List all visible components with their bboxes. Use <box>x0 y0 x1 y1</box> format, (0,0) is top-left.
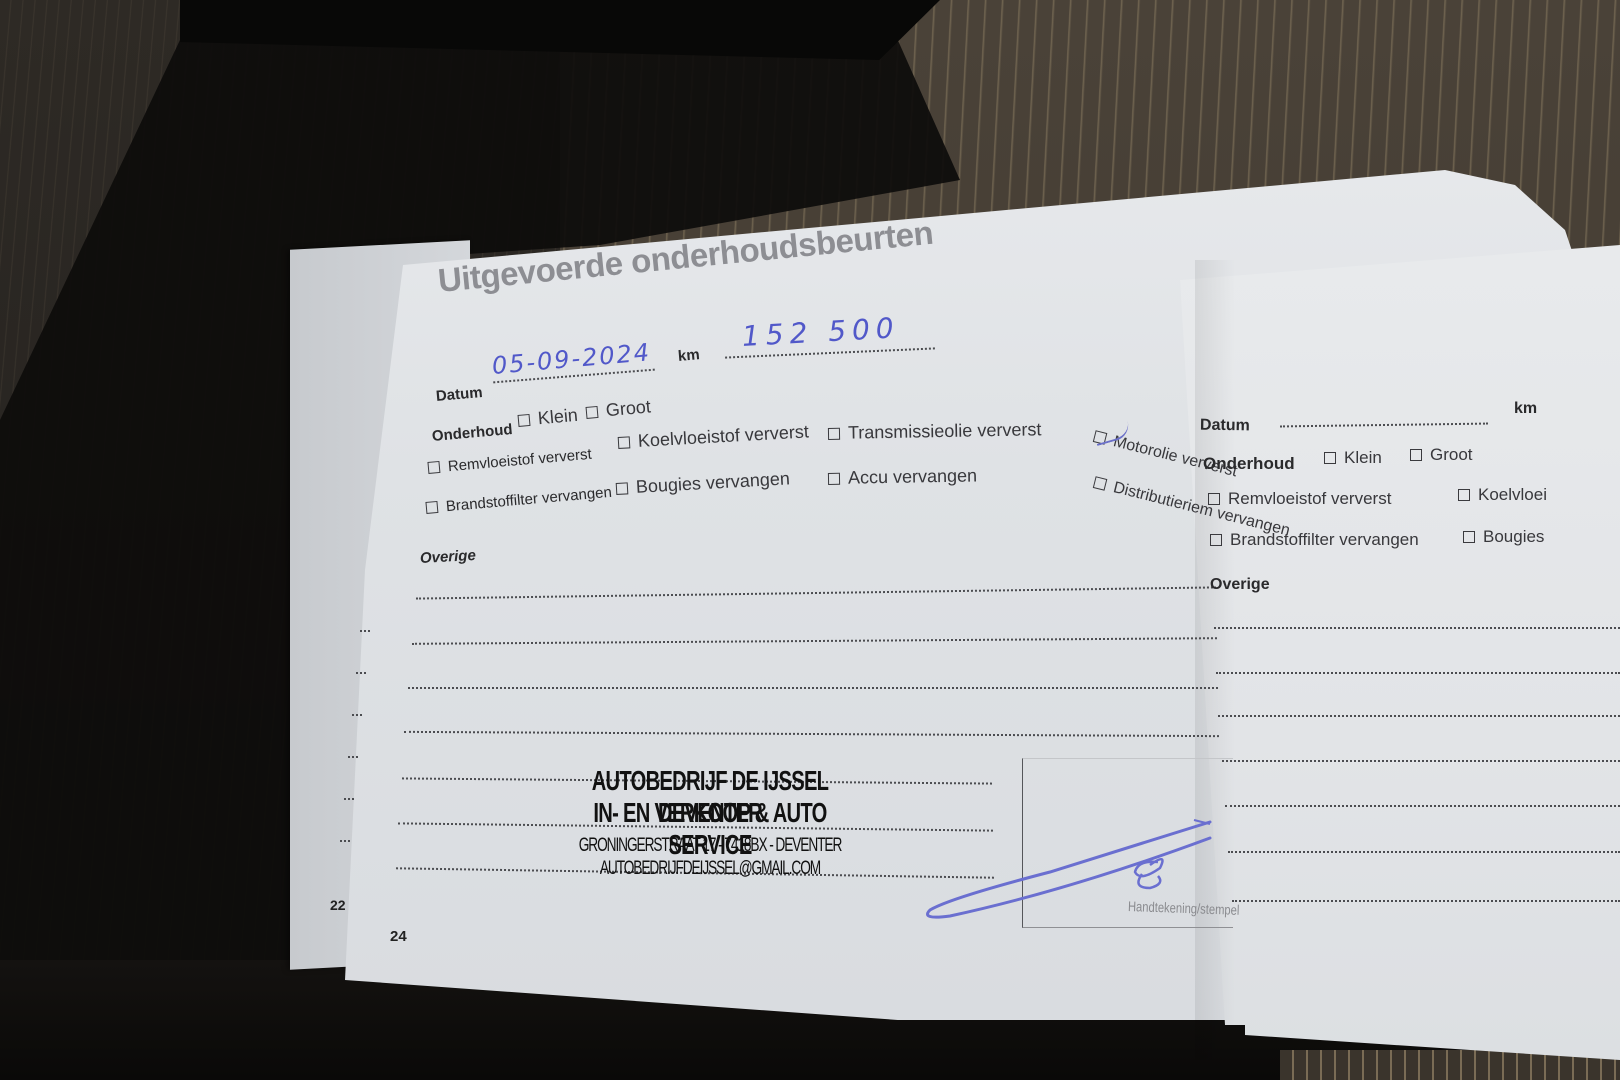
checkbox-icon[interactable] <box>1324 452 1336 464</box>
right-overige-line <box>1232 900 1620 902</box>
page-number-left: 24 <box>390 928 407 945</box>
under-page-line <box>348 756 358 758</box>
right-onderhoud-label: Onderhoud <box>1203 454 1295 474</box>
check-transmissieolie[interactable]: Transmissieolie ververst <box>828 419 1042 444</box>
right-page <box>1180 245 1620 1060</box>
right-check-koelvloeistof[interactable]: Koelvloei <box>1458 485 1547 505</box>
right-overige-label: Overige <box>1210 576 1270 594</box>
checkbox-icon[interactable] <box>1210 534 1222 546</box>
under-page-line <box>340 840 350 842</box>
right-overige-line <box>1218 715 1620 717</box>
checkbox-icon[interactable] <box>586 406 599 419</box>
page-gutter <box>1195 260 1235 1060</box>
right-overige-line <box>1216 672 1620 674</box>
right-check-brandstoffilter[interactable]: Brandstoffilter vervangen <box>1210 530 1419 550</box>
overige-label: Overige <box>420 547 477 567</box>
checkbox-icon[interactable] <box>828 428 840 440</box>
checkbox-icon[interactable] <box>427 461 440 474</box>
right-check-bougies[interactable]: Bougies <box>1463 527 1544 547</box>
right-check-remvloeistof[interactable]: Remvloeistof ververst <box>1208 489 1391 509</box>
right-overige-line <box>1225 805 1620 807</box>
right-overige-line <box>1222 760 1620 762</box>
right-overige-line <box>1214 627 1620 629</box>
right-km-label: km <box>1514 400 1537 418</box>
checkbox-icon[interactable] <box>1458 489 1470 501</box>
right-overige-line <box>1228 851 1620 853</box>
checkbox-icon[interactable] <box>425 501 438 514</box>
under-page-line <box>344 798 354 800</box>
under-page-line <box>360 630 370 632</box>
checkbox-icon[interactable] <box>1410 449 1422 461</box>
right-onderhoud-klein[interactable]: Klein <box>1324 448 1382 468</box>
checkbox-icon[interactable] <box>616 482 629 495</box>
stamp-email: AUTOBEDRIJFDEIJSSEL@GMAIL.COM <box>544 858 875 880</box>
stamp-address: GRONINGERSTRAAT 17 - 7418BX - DEVENTER <box>544 835 875 857</box>
checkbox-icon[interactable] <box>828 473 840 485</box>
checkbox-icon[interactable] <box>1093 476 1108 491</box>
checkbox-icon[interactable] <box>1463 531 1475 543</box>
page-number-under: 22 <box>330 897 346 913</box>
signature-scribble <box>910 810 1230 930</box>
km-label: km <box>677 346 700 365</box>
checkbox-icon[interactable] <box>1208 493 1220 505</box>
checkbox-icon[interactable] <box>518 414 531 427</box>
check-accu[interactable]: Accu vervangen <box>828 465 977 489</box>
overige-line <box>408 687 1218 689</box>
under-page-line <box>356 672 366 674</box>
checkbox-icon[interactable] <box>618 436 631 449</box>
right-datum-label: Datum <box>1200 417 1250 436</box>
under-page-line <box>352 714 362 716</box>
checkbox-checked-icon[interactable] <box>1093 430 1108 445</box>
right-onderhoud-groot[interactable]: Groot <box>1410 445 1473 465</box>
